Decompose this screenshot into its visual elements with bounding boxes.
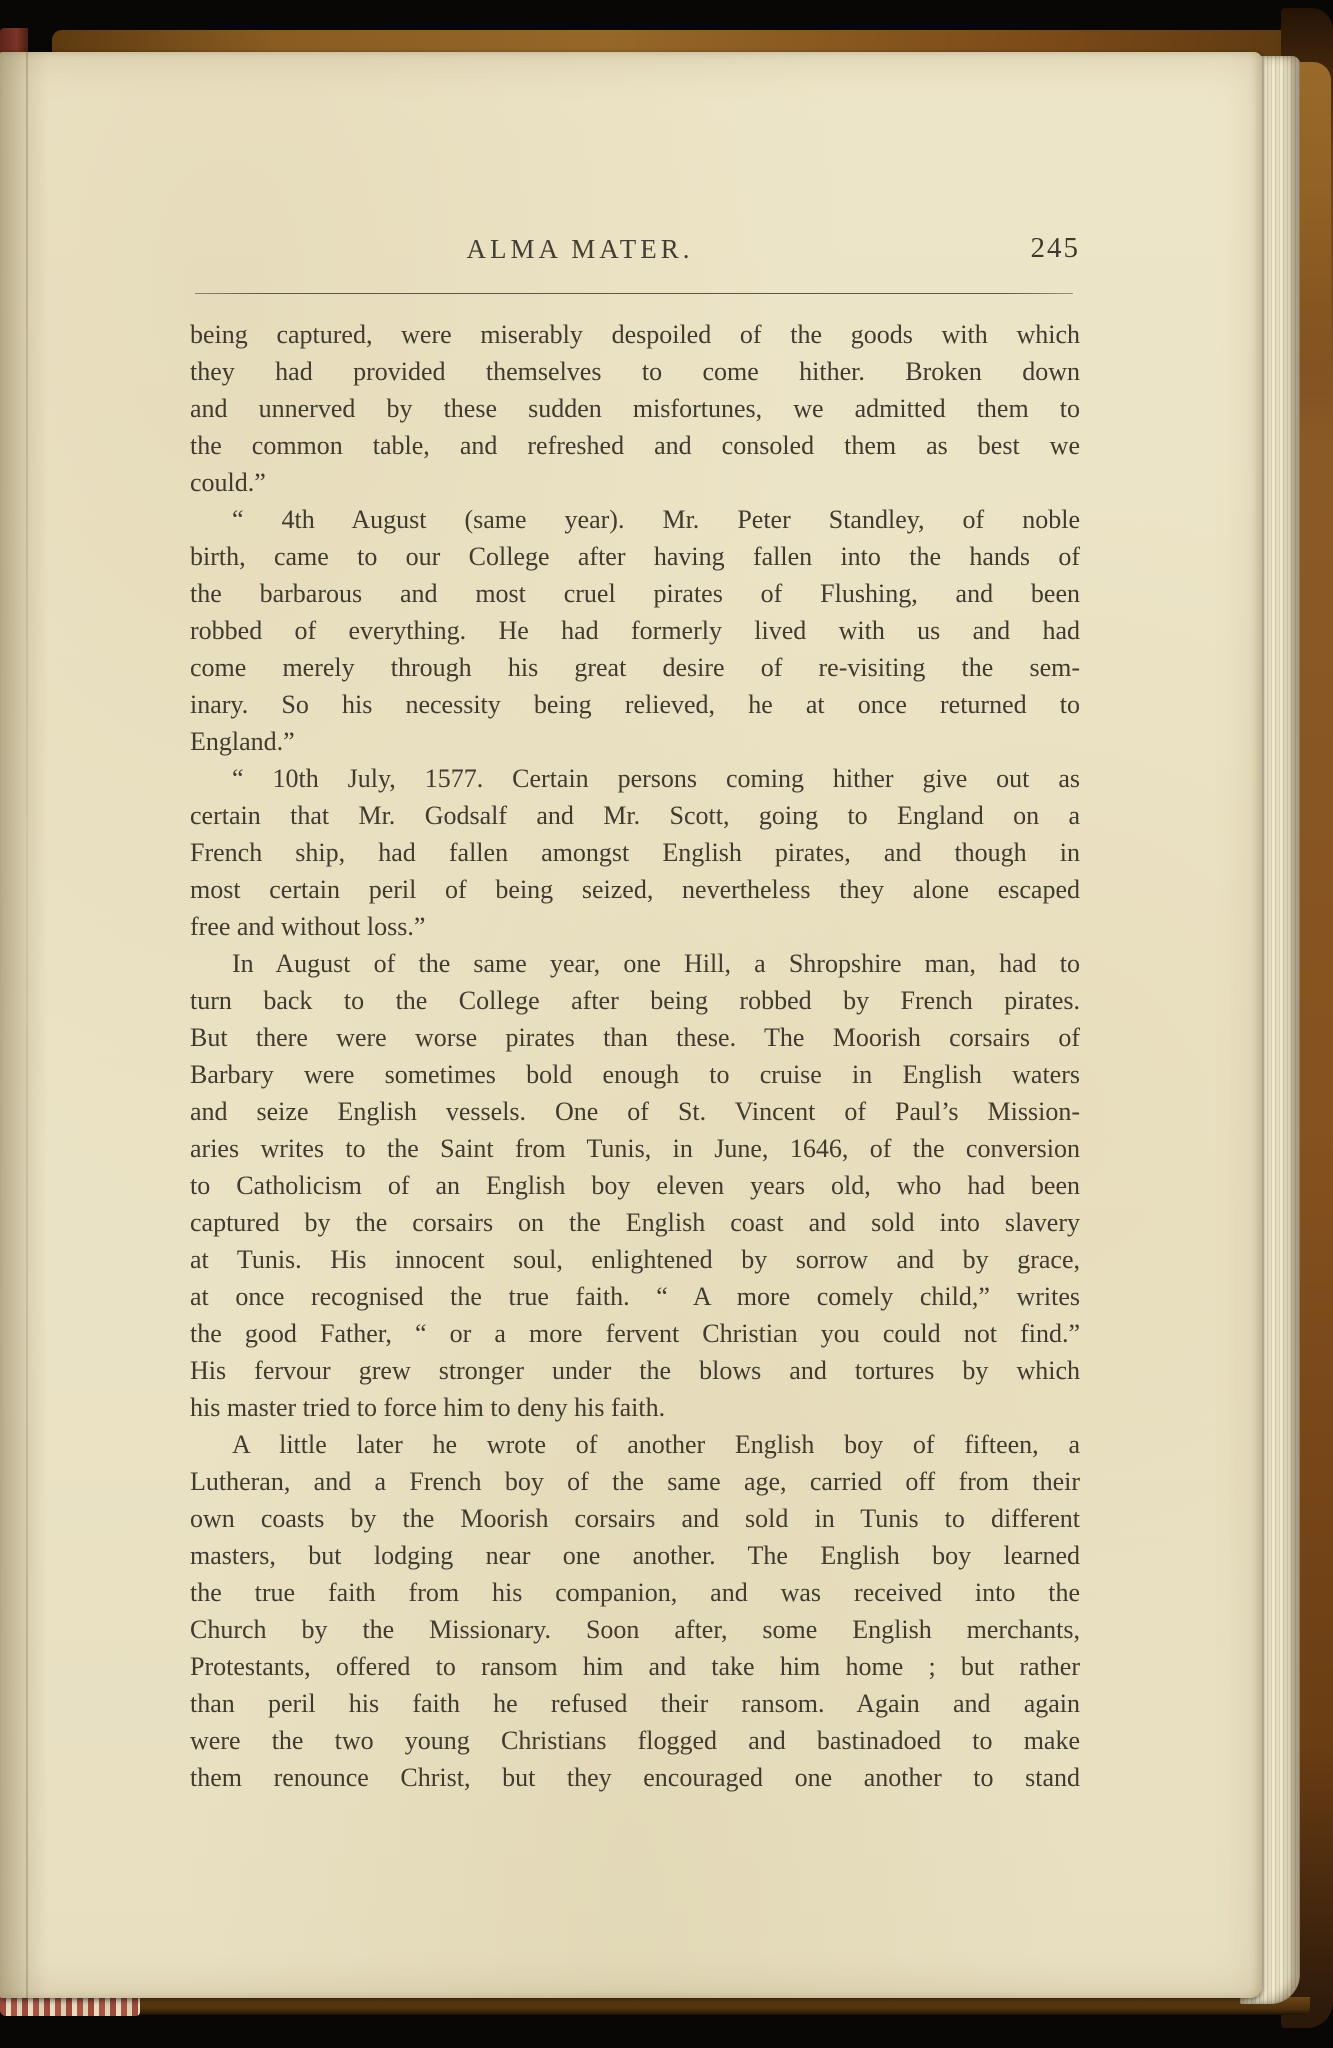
header-rule: [195, 293, 1073, 294]
text-line: certain that Mr. Godsalf and Mr. Scott, …: [190, 797, 1080, 834]
text-line: the true faith from his companion, and w…: [190, 1574, 1080, 1611]
text-line: at once recognised the true faith. “ A m…: [190, 1278, 1080, 1315]
text-line: Barbary were sometimes bold enough to cr…: [190, 1056, 1080, 1093]
text-line: turn back to the College after being rob…: [190, 982, 1080, 1019]
text-line: to Catholicism of an English boy eleven …: [190, 1167, 1080, 1204]
page-number: 245: [1031, 232, 1081, 265]
text-line: at Tunis. His innocent soul, enlightened…: [190, 1241, 1080, 1278]
text-line: could.”: [190, 464, 1080, 501]
text-line: In August of the same year, one Hill, a …: [190, 945, 1080, 982]
text-line: masters, but lodging near one another. T…: [190, 1537, 1080, 1574]
text-line: them renounce Christ, but they encourage…: [190, 1759, 1080, 1796]
text-line: were the two young Christians flogged an…: [190, 1722, 1080, 1759]
text-line: His fervour grew stronger under the blow…: [190, 1352, 1080, 1389]
text-line: French ship, had fallen amongst English …: [190, 834, 1080, 871]
text-line: his master tried to force him to deny hi…: [190, 1389, 1080, 1426]
text-line: Church by the Missionary. Soon after, so…: [190, 1611, 1080, 1648]
text-line: captured by the corsairs on the English …: [190, 1204, 1080, 1241]
text-line: come merely through his great desire of …: [190, 649, 1080, 686]
text-line: A little later he wrote of another Engli…: [190, 1426, 1080, 1463]
text-line: and seize English vessels. One of St. Vi…: [190, 1093, 1080, 1130]
running-head: ALMA MATER. 245: [190, 234, 1080, 274]
text-line: Protestants, offered to ransom him and t…: [190, 1648, 1080, 1685]
text-line: and unnerved by these sudden misfortunes…: [190, 390, 1080, 427]
text-line: But there were worse pirates than these.…: [190, 1019, 1080, 1056]
text-line: the common table, and refreshed and cons…: [190, 427, 1080, 464]
text-line: inary. So his necessity being relieved, …: [190, 686, 1080, 723]
text-line: aries writes to the Saint from Tunis, in…: [190, 1130, 1080, 1167]
book-bottom-edge: [120, 1997, 1310, 2015]
book-page: ALMA MATER. 245 being captured, were mis…: [0, 52, 1262, 1998]
text-line: England.”: [190, 723, 1080, 760]
text-line: robbed of everything. He had formerly li…: [190, 612, 1080, 649]
page-title: ALMA MATER.: [190, 234, 970, 265]
text-line: they had provided themselves to come hit…: [190, 353, 1080, 390]
text-line: birth, came to our College after having …: [190, 538, 1080, 575]
text-line: Lutheran, and a French boy of the same a…: [190, 1463, 1080, 1500]
text-line: the good Father, “ or a more fervent Chr…: [190, 1315, 1080, 1352]
text-line: free and without loss.”: [190, 908, 1080, 945]
text-line: own coasts by the Moorish corsairs and s…: [190, 1500, 1080, 1537]
text-line: “ 10th July, 1577. Certain persons comin…: [190, 760, 1080, 797]
text-line: than peril his faith he refused their ra…: [190, 1685, 1080, 1722]
text-line: most certain peril of being seized, neve…: [190, 871, 1080, 908]
text-line: the barbarous and most cruel pirates of …: [190, 575, 1080, 612]
body-text: being captured, were miserably despoiled…: [190, 316, 1080, 1796]
text-line: “ 4th August (same year). Mr. Peter Stan…: [190, 501, 1080, 538]
photo-background: { "page": { "header": { "title": "ALMA M…: [0, 0, 1333, 2048]
text-line: being captured, were miserably despoiled…: [190, 316, 1080, 353]
